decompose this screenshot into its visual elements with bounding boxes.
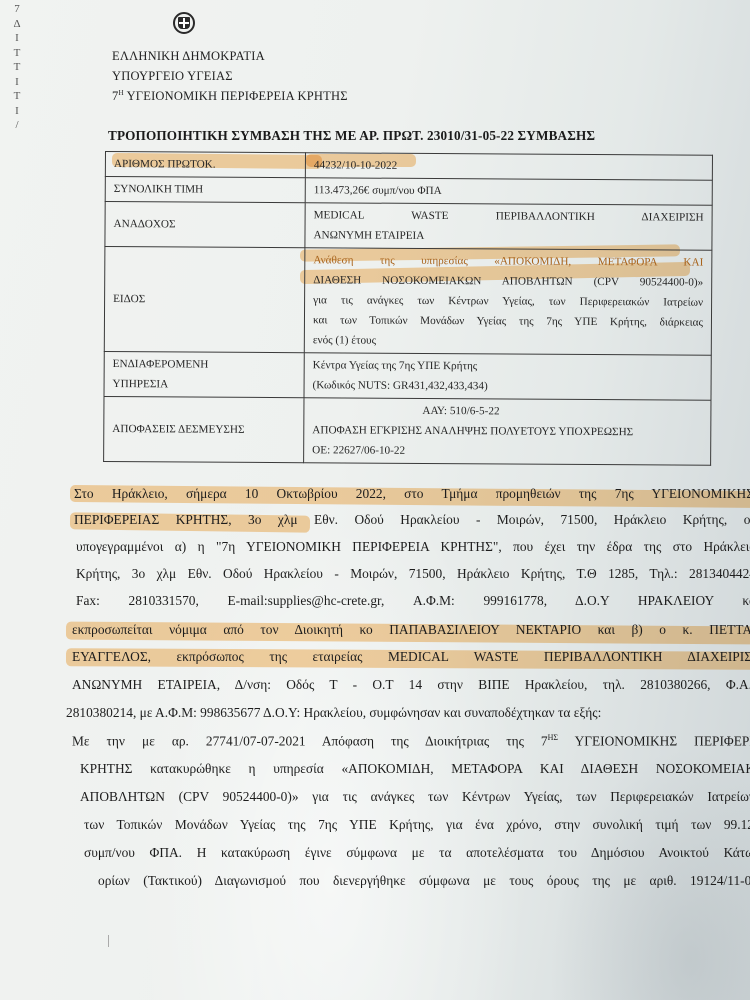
margin-mark: Τ	[10, 46, 24, 61]
row-value: 113.473,26€ συμπ/νου ΦΠΑ	[305, 178, 712, 205]
margin-mark: Ι	[10, 75, 24, 90]
body-line: Fax: 2810331570, E-mail:supplies@hc-cret…	[76, 593, 750, 609]
margin-mark: Δ	[10, 17, 24, 32]
header-ministry: ΥΠΟΥΡΓΕΙΟ ΥΓΕΙΑΣ	[112, 69, 233, 84]
margin-marks: 7 Δ Ι Τ Τ Ι Τ Ι /	[10, 2, 24, 133]
table-row: ΣΥΝΟΛΙΚΗ ΤΙΜΗ 113.473,26€ συμπ/νου ΦΠΑ	[105, 177, 712, 206]
header-region: 7Η ΥΓΕΙΟΝΟΜΙΚΗ ΠΕΡΙΦΕΡΕΙΑ ΚΡΗΤΗΣ	[112, 89, 348, 104]
contract-info-table: ΑΡΙΘΜΟΣ ΠΡΩΤΟΚ. 44232/10-10-2022 ΣΥΝΟΛΙΚ…	[103, 151, 713, 466]
body-line: 2810380214, με Α.Φ.Μ: 998635677 Δ.Ο.Υ: Η…	[66, 705, 750, 721]
margin-mark: 7	[10, 2, 24, 17]
table-row: ΑΡΙΘΜΟΣ ΠΡΩΤΟΚ. 44232/10-10-2022	[105, 152, 712, 181]
row-value: 44232/10-10-2022	[305, 153, 712, 180]
row-label: ΑΠΟΦΑΣΕΙΣ ΔΕΣΜΕΥΣΗΣ	[104, 396, 304, 462]
body-line: εκπροσωπείται νόμιμα από τον Διοικητή κο…	[72, 622, 750, 638]
row-label: ΣΥΝΟΛΙΚΗ ΤΙΜΗ	[105, 177, 305, 203]
margin-mark: Ι	[10, 104, 24, 119]
header-republic: ΕΛΛΗΝΙΚΗ ΔΗΜΟΚΡΑΤΙΑ	[112, 49, 265, 64]
body-line: υπογεγραμμένοι α) η "7η ΥΓΕΙΟΝΟΜΙΚΗ ΠΕΡΙ…	[76, 539, 750, 555]
row-label: ΕΙΔΟΣ	[104, 247, 305, 353]
table-row: ΕΙΔΟΣ Ανάθεση της υπηρεσίας «ΑΠΟΚΟΜΙΔΗ, …	[104, 247, 712, 356]
greek-coat-of-arms-icon	[173, 12, 195, 34]
table-row: ΑΝΑΔΟΧΟΣ MEDICAL WASTE ΠΕΡΙΒΑΛΛΟΝΤΙΚΗ ΔΙ…	[105, 202, 712, 251]
margin-mark: Τ	[10, 89, 24, 104]
document-title: ΤΡΟΠΟΠΟΙΗΤΙΚΗ ΣΥΜΒΑΣΗ ΤΗΣ ΜΕ ΑΡ. ΠΡΩΤ. 2…	[108, 128, 595, 144]
margin-mark: Ι	[10, 31, 24, 46]
body-line: Στο Ηράκλειο, σήμερα 10 Οκτωβρίου 2022, …	[74, 486, 750, 502]
row-label: ΑΝΑΔΟΧΟΣ	[105, 202, 305, 248]
row-value: Ανάθεση της υπηρεσίας «ΑΠΟΚΟΜΙΔΗ, ΜΕΤΑΦΟ…	[304, 248, 712, 355]
body-line: ΑΝΩΝΥΜΗ ΕΤΑΙΡΕΙΑ, Δ/νση: Οδός Τ - Ο.Τ 14…	[72, 677, 750, 693]
row-value: Κέντρα Υγείας της 7ης ΥΠΕ Κρήτης (Κωδικό…	[304, 353, 711, 400]
stray-mark	[108, 935, 109, 947]
body-line: ΑΠΟΒΛΗΤΩΝ (CPV 90524400-0)» για τις ανάγ…	[80, 789, 750, 805]
body-line: Με την με αρ. 27741/07-07-2021 Απόφαση τ…	[72, 733, 750, 749]
margin-mark: Τ	[10, 60, 24, 75]
body-line: ΠΕΡΙΦΕΡΕΙΑΣ ΚΡΗΤΗΣ, 3ο χλμ Εθν. Οδού Ηρα…	[74, 512, 750, 528]
table-row: ΕΝΔΙΑΦΕΡΟΜΕΝΗ ΥΠΗΡΕΣΙΑ Κέντρα Υγείας της…	[104, 351, 711, 400]
margin-mark: /	[10, 118, 24, 133]
table-row: ΑΠΟΦΑΣΕΙΣ ΔΕΣΜΕΥΣΗΣ ΑΑΥ: 510/6-5-22 ΑΠΟΦ…	[104, 396, 711, 465]
body-line: Κρήτης, 3ο χλμ Εθν. Οδού Ηρακλείου - Μοι…	[76, 566, 750, 582]
row-label: ΑΡΙΘΜΟΣ ΠΡΩΤΟΚ.	[105, 152, 305, 178]
row-value: MEDICAL WASTE ΠΕΡΙΒΑΛΛΟΝΤΙΚΗ ΔΙΑΧΕΙΡΙΣΗ …	[305, 203, 712, 250]
row-label: ΕΝΔΙΑΦΕΡΟΜΕΝΗ ΥΠΗΡΕΣΙΑ	[104, 351, 304, 397]
body-line: των Τοπικών Μονάδων Υγείας της 7ης ΥΠΕ Κ…	[84, 817, 750, 833]
body-line: συμπ/νου ΦΠΑ. Η κατακύρωση έγινε σύμφωνα…	[84, 845, 750, 861]
body-line: ΚΡΗΤΗΣ κατακυρώθηκε η υπηρεσία «ΑΠΟΚΟΜΙΔ…	[80, 761, 750, 777]
body-line: ΕΥΑΓΓΕΛΟΣ, εκπρόσωπος της εταιρείας MEDI…	[72, 649, 750, 665]
body-line: ορίων (Τακτικού) Διαγωνισμού που διενεργ…	[98, 873, 750, 889]
row-value: ΑΑΥ: 510/6-5-22 ΑΠΟΦΑΣΗ ΕΓΚΡΙΣΗΣ ΑΝΑΛΗΨΗ…	[304, 398, 711, 465]
